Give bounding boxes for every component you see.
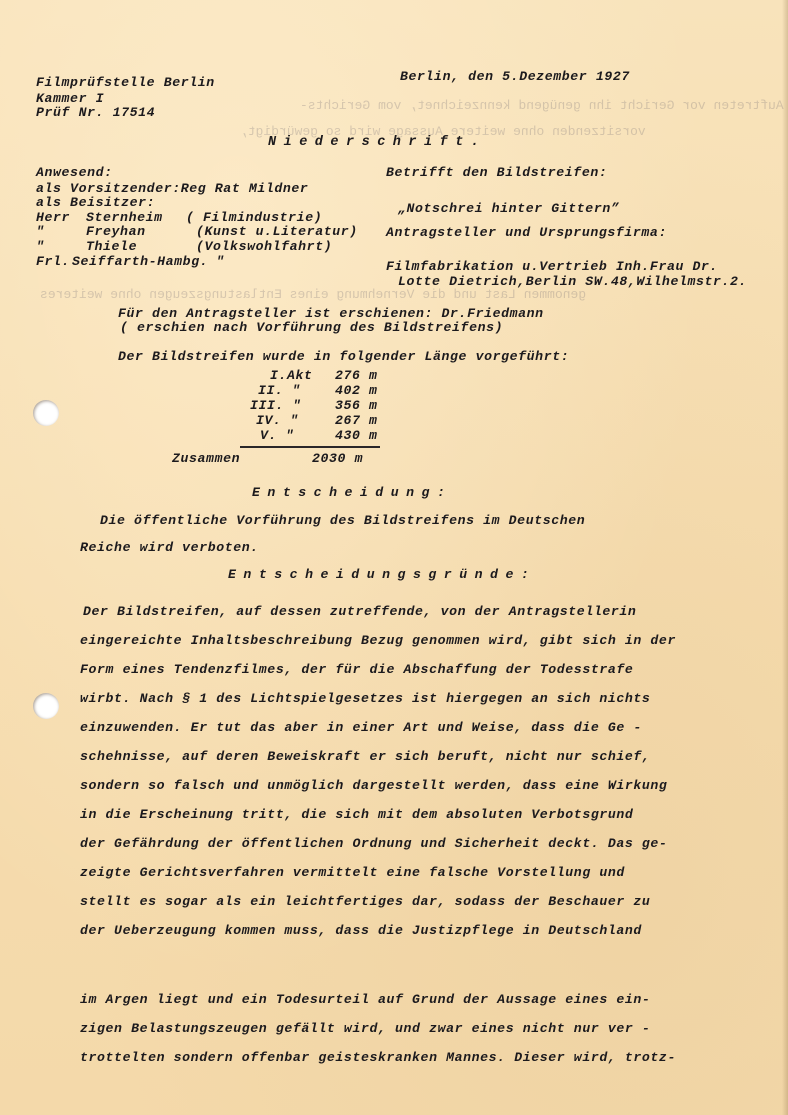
- reasons-line: zeigte Gerichtsverfahren vermittelt eine…: [80, 866, 625, 880]
- paper-edge-shadow: [782, 0, 788, 1115]
- member-field: ": [216, 255, 225, 269]
- reasons-line: wirbt. Nach § 1 des Lichtspielgesetzes i…: [80, 692, 650, 706]
- appearance-line-1: Für den Antragsteller ist erschienen: Dr…: [118, 307, 544, 321]
- member-field: ( Filmindustrie): [186, 211, 322, 225]
- sum-rule: [240, 446, 380, 448]
- reasons-line: schehnisse, auf deren Beweiskraft er sic…: [80, 750, 650, 764]
- subject-label: Betrifft den Bildstreifen:: [386, 166, 607, 180]
- act-label: I.Akt: [270, 369, 313, 383]
- reasons-line: zigen Belastungszeugen gefällt wird, und…: [80, 1022, 650, 1036]
- reasons-line: eingereichte Inhaltsbeschreibung Bezug g…: [80, 634, 676, 648]
- decision-heading: Entscheidung:: [252, 486, 452, 500]
- act-length: 356 m: [335, 399, 378, 413]
- reasons-line: einzuwenden. Er tut das aber in einer Ar…: [80, 721, 642, 735]
- reasons-line: trottelten sondern offenbar geisteskrank…: [80, 1051, 676, 1065]
- reasons-line: der Ueberzeugung kommen muss, dass die J…: [80, 924, 642, 938]
- member-name: Freyhan: [86, 225, 146, 239]
- chamber: Kammer I: [36, 92, 104, 106]
- decision-line-1: Die öffentliche Vorführung des Bildstrei…: [100, 514, 585, 528]
- decision-line-2: Reiche wird verboten.: [80, 541, 259, 555]
- act-label: V. ": [260, 429, 294, 443]
- reasons-line: im Argen liegt und ein Todesurteil auf G…: [80, 993, 650, 1007]
- reasons-line: Form eines Tendenzfilmes, der für die Ab…: [80, 663, 633, 677]
- document-page: dem sein Auftreten vor Gericht ihn genüg…: [0, 0, 788, 1115]
- bleed-through-text: dem sein Auftreten vor Gericht ihn genüg…: [300, 98, 788, 113]
- act-label: III. ": [250, 399, 301, 413]
- act-length: 430 m: [335, 429, 378, 443]
- member-prefix: ": [36, 240, 45, 254]
- act-length: 267 m: [335, 414, 378, 428]
- reasons-line: stellt es sogar als ein leichtfertiges d…: [80, 895, 650, 909]
- reasons-line: der Gefährdung der öffentlichen Ordnung …: [80, 837, 667, 851]
- bleed-through-text: genommen Last und die Vernehmung eines E…: [40, 287, 586, 302]
- member-name: Thiele: [86, 240, 137, 254]
- act-label: IV. ": [256, 414, 299, 428]
- film-title: „Notschrei hinter Gittern”: [398, 202, 619, 216]
- reasons-line: in die Erscheinung tritt, die sich mit d…: [80, 808, 633, 822]
- act-length: 402 m: [335, 384, 378, 398]
- lengths-intro: Der Bildstreifen wurde in folgender Läng…: [118, 350, 569, 364]
- total-length: 2030 m: [312, 452, 363, 466]
- punch-hole: [33, 693, 59, 719]
- punch-hole: [33, 400, 59, 426]
- reasons-line: Der Bildstreifen, auf dessen zutreffende…: [83, 605, 636, 619]
- applicant-line-2: Lotte Dietrich,Berlin SW.48,Wilhelmstr.2…: [398, 275, 747, 289]
- assessors-label: als Beisitzer:: [36, 196, 155, 210]
- chair: als Vorsitzender:Reg Rat Mildner: [36, 182, 308, 196]
- member-prefix: ": [36, 225, 45, 239]
- exam-number: Prüf Nr. 17514: [36, 106, 155, 120]
- document-title: Niederschrift.: [268, 136, 486, 150]
- applicant-label: Antragsteller und Ursprungsfirma:: [386, 226, 667, 240]
- applicant-line-1: Filmfabrikation u.Vertrieb Inh.Frau Dr.: [386, 260, 718, 274]
- member-field: (Kunst u.Literatur): [196, 225, 358, 239]
- member-field: (Volkswohlfahrt): [196, 240, 332, 254]
- act-label: II. ": [258, 384, 301, 398]
- member-prefix: Herr: [36, 211, 70, 225]
- reasons-heading: Entscheidungsgründe:: [228, 568, 536, 582]
- present-label: Anwesend:: [36, 166, 113, 180]
- place-date: Berlin, den 5.Dezember 1927: [400, 70, 630, 84]
- member-name: Seiffarth-Hambg.: [72, 255, 208, 269]
- appearance-line-2: ( erschien nach Vorführung des Bildstrei…: [120, 321, 503, 335]
- act-length: 276 m: [335, 369, 378, 383]
- total-label: Zusammen: [172, 452, 240, 466]
- reasons-line: sondern so falsch und unmöglich dargeste…: [80, 779, 667, 793]
- member-prefix: Frl.: [36, 255, 70, 269]
- member-name: Sternheim: [86, 211, 163, 225]
- office-name: Filmprüfstelle Berlin: [36, 76, 215, 90]
